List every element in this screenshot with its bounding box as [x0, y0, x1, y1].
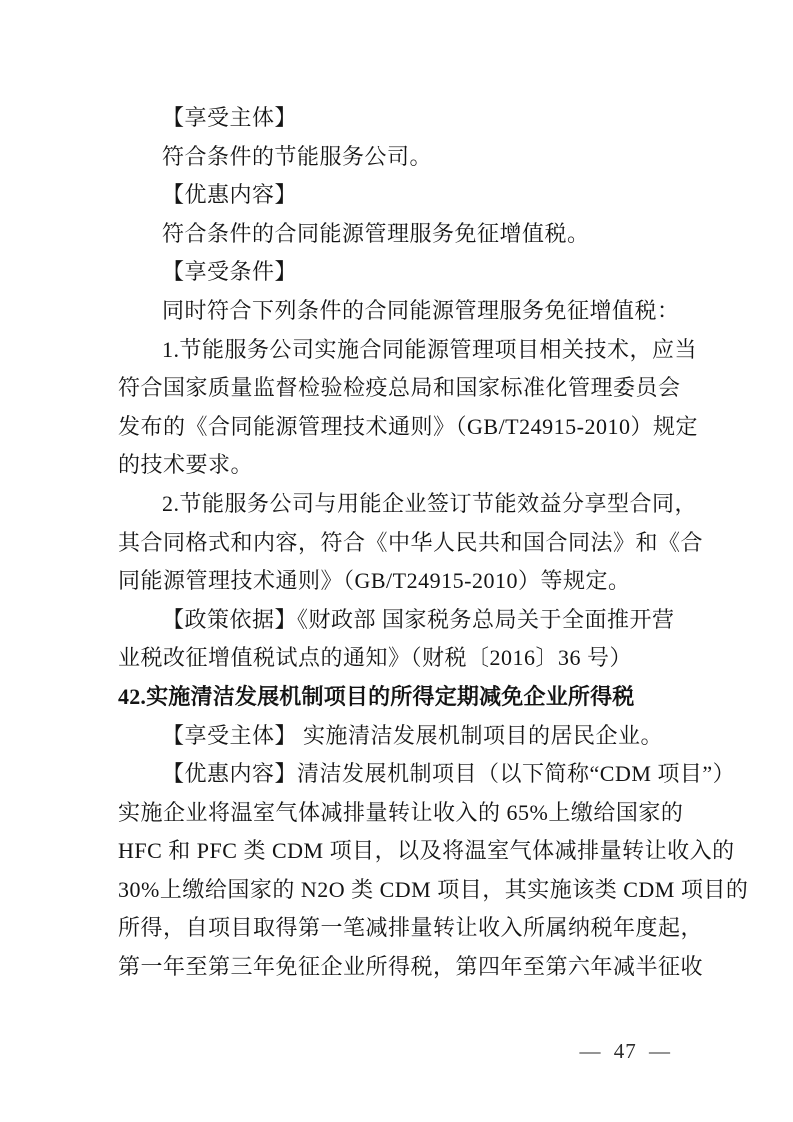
page-footer: — 47 —	[0, 1038, 671, 1064]
heading-item-42: 42.实施清洁发展机制项目的所得定期减免企业所得税	[118, 678, 684, 717]
text-condition-2-line-3: 同能源管理技术通则》（GB/T24915-2010）等规定。	[118, 562, 684, 601]
text-beneficiary-content: 符合条件的节能服务公司。	[118, 138, 684, 177]
text-policy-basis-line-1: 【政策依据】《财政部 国家税务总局关于全面推开营	[118, 601, 684, 640]
text-policy-basis-line-2: 业税改征增值税试点的通知》（财税〔2016〕36 号）	[118, 639, 684, 678]
document-body: 【享受主体】 符合条件的节能服务公司。 【优惠内容】 符合条件的合同能源管理服务…	[118, 99, 684, 987]
text-item42-beneficiary: 【享受主体】 实施清洁发展机制项目的居民企业。	[118, 717, 684, 756]
text-condition-2-line-2: 其合同格式和内容，符合《中华人民共和国合同法》和《合	[118, 524, 684, 563]
document-page: 【享受主体】 符合条件的节能服务公司。 【优惠内容】 符合条件的合同能源管理服务…	[0, 0, 793, 1122]
text-item42-content-line-5: 所得，自项目取得第一笔减排量转让收入所属纳税年度起，	[118, 909, 684, 948]
text-item42-content-line-3: HFC 和 PFC 类 CDM 项目，以及将温室气体减排量转让收入的	[118, 832, 684, 871]
text-condition-1-line-3: 发布的《合同能源管理技术通则》（GB/T24915-2010）规定	[118, 408, 684, 447]
page-number: — 47 —	[580, 1039, 672, 1063]
text-preferential-content: 符合条件的合同能源管理服务免征增值税。	[118, 215, 684, 254]
text-item42-content-line-1: 【优惠内容】清洁发展机制项目（以下简称“CDM 项目”）	[118, 755, 684, 794]
text-condition-1-line-4: 的技术要求。	[118, 446, 684, 485]
text-condition-1-line-2: 符合国家质量监督检验检疫总局和国家标准化管理委员会	[118, 369, 684, 408]
text-conditions-intro: 同时符合下列条件的合同能源管理服务免征增值税：	[118, 292, 684, 331]
text-item42-content-line-6: 第一年至第三年免征企业所得税，第四年至第六年减半征收	[118, 948, 684, 987]
text-condition-2-line-1: 2.节能服务公司与用能企业签订节能效益分享型合同，	[118, 485, 684, 524]
text-item42-content-line-4: 30%上缴给国家的 N2O 类 CDM 项目，其实施该类 CDM 项目的	[118, 871, 684, 910]
text-item42-content-line-2: 实施企业将温室气体减排量转让收入的 65%上缴给国家的	[118, 794, 684, 833]
label-beneficiary: 【享受主体】	[118, 99, 684, 138]
text-condition-1-line-1: 1.节能服务公司实施合同能源管理项目相关技术，应当	[118, 331, 684, 370]
label-preferential-content: 【优惠内容】	[118, 176, 684, 215]
label-eligibility-conditions: 【享受条件】	[118, 253, 684, 292]
